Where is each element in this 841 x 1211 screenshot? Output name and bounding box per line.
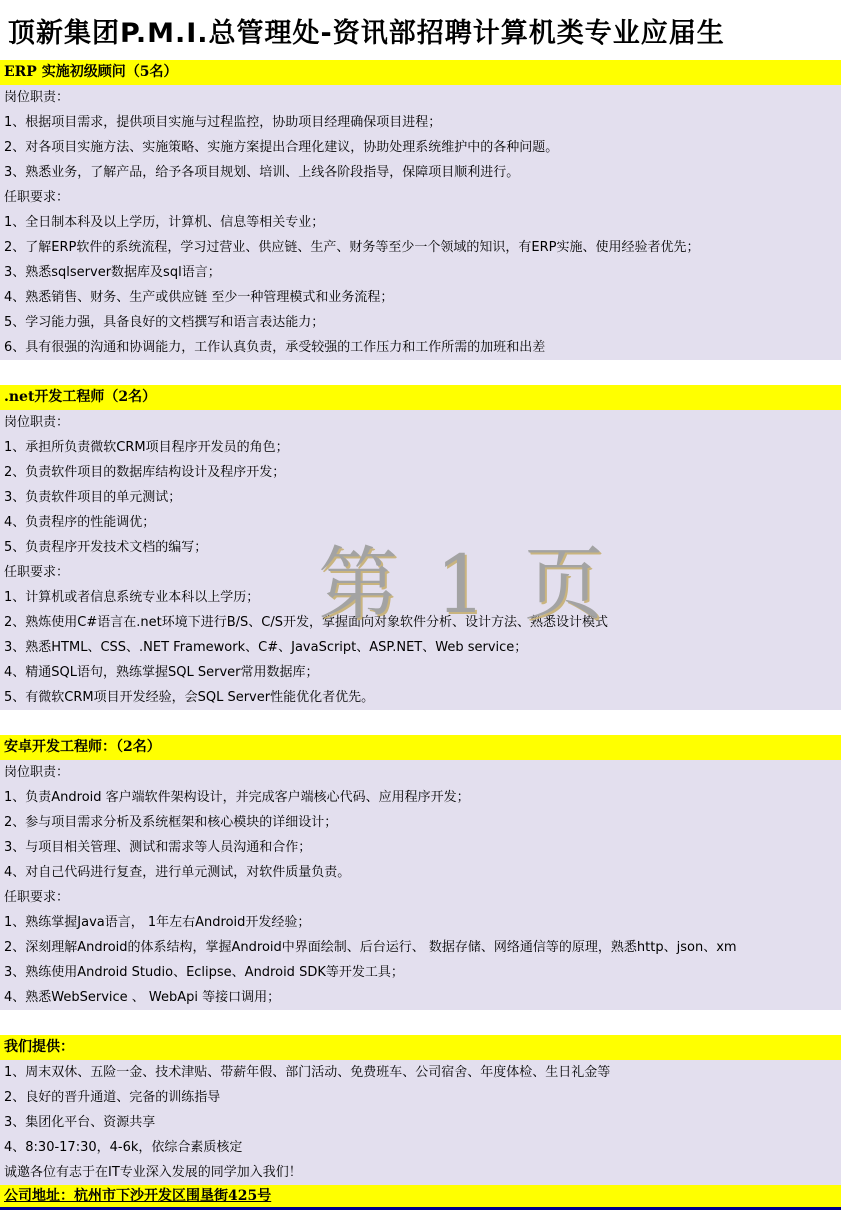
list-item: 2、对各项目实施方法、实施策略、实施方案提出合理化建议，协助处理系统维护中的各种… (0, 135, 841, 160)
list-item: 3、熟练使用Android Studio、Eclipse、Android SDK… (0, 960, 841, 985)
list-item: 5、有微软CRM项目开发经验，会SQL Server性能优化者优先。 (0, 685, 841, 710)
list-item: 1、负责Android 客户端软件架构设计，并完成客户端核心代码、应用程序开发； (0, 785, 841, 810)
list-item: 6、具有很强的沟通和协调能力，工作认真负责，承受较强的工作压力和工作所需的加班和… (0, 335, 841, 360)
list-item: 诚邀各位有志于在IT专业深入发展的同学加入我们！ (0, 1160, 841, 1185)
list-item: 2、良好的晋升通道、完备的训练指导 (0, 1085, 841, 1110)
section-android-developer: 安卓开发工程师：（2名） 岗位职责： 1、负责Android 客户端软件架构设计… (0, 735, 841, 1010)
list-item: 岗位职责： (0, 85, 841, 110)
list-item: 5、负责程序开发技术文档的编写； (0, 535, 841, 560)
list-item: 2、负责软件项目的数据库结构设计及程序开发； (0, 460, 841, 485)
list-item: 5、学习能力强，具备良好的文档撰写和语言表达能力； (0, 310, 841, 335)
list-item: 2、深刻理解Android的体系结构，掌握Android中界面绘制、后台运行、 … (0, 935, 841, 960)
section-benefits: 我们提供： 1、周末双休、五险一金、技术津贴、带薪年假、部门活动、免费班车、公司… (0, 1035, 841, 1210)
list-item: 2、参与项目需求分析及系统框架和核心模块的详细设计； (0, 810, 841, 835)
section-heading: 我们提供： (0, 1035, 841, 1060)
list-item: 2、了解ERP软件的系统流程，学习过营业、供应链、生产、财务等至少一个领域的知识… (0, 235, 841, 260)
list-item: 1、熟练掌握Java语言， 1年左右Android开发经验； (0, 910, 841, 935)
list-item: 任职要求： (0, 185, 841, 210)
company-address: 公司地址：杭州市下沙开发区围垦街425号 (0, 1185, 841, 1210)
page-title: 顶新集团P.M.I.总管理处-资讯部招聘计算机类专业应届生 (8, 14, 725, 54)
list-item: 4、熟悉WebService 、 WebApi 等接口调用； (0, 985, 841, 1010)
list-item: 3、与项目相关管理、测试和需求等人员沟通和合作； (0, 835, 841, 860)
section-heading: ERP 实施初级顾问（5名） (0, 60, 841, 85)
list-item: 岗位职责： (0, 760, 841, 785)
list-item: 4、负责程序的性能调优； (0, 510, 841, 535)
list-item: 1、根据项目需求，提供项目实施与过程监控，协助项目经理确保项目进程； (0, 110, 841, 135)
section-erp-consultant: ERP 实施初级顾问（5名） 岗位职责： 1、根据项目需求，提供项目实施与过程监… (0, 60, 841, 360)
list-item: 4、8:30-17:30，4-6k，依综合素质核定 (0, 1135, 841, 1160)
list-item: 4、熟悉销售、财务、生产或供应链 至少一种管理模式和业务流程； (0, 285, 841, 310)
list-item: 4、对自己代码进行复查，进行单元测试，对软件质量负责。 (0, 860, 841, 885)
list-item: 1、计算机或者信息系统专业本科以上学历； (0, 585, 841, 610)
section-dotnet-developer: .net开发工程师（2名） 岗位职责： 1、承担所负责微软CRM项目程序开发员的… (0, 385, 841, 710)
list-item: 3、集团化平台、资源共享 (0, 1110, 841, 1135)
section-heading: .net开发工程师（2名） (0, 385, 841, 410)
list-item: 任职要求： (0, 560, 841, 585)
list-item: 岗位职责： (0, 410, 841, 435)
list-item: 任职要求： (0, 885, 841, 910)
list-item: 3、熟悉HTML、CSS、.NET Framework、C#、JavaScrip… (0, 635, 841, 660)
list-item: 1、承担所负责微软CRM项目程序开发员的角色； (0, 435, 841, 460)
section-heading: 安卓开发工程师：（2名） (0, 735, 841, 760)
list-item: 2、熟炼使用C#语言在.net环境下进行B/S、C/S开发，掌握面向对象软件分析… (0, 610, 841, 635)
list-item: 1、周末双休、五险一金、技术津贴、带薪年假、部门活动、免费班车、公司宿舍、年度体… (0, 1060, 841, 1085)
list-item: 4、精通SQL语句，熟练掌握SQL Server常用数据库； (0, 660, 841, 685)
list-item: 3、负责软件项目的单元测试； (0, 485, 841, 510)
list-item: 1、全日制本科及以上学历，计算机、信息等相关专业； (0, 210, 841, 235)
list-item: 3、熟悉sqlserver数据库及sql语言； (0, 260, 841, 285)
list-item: 3、熟悉业务，了解产品，给予各项目规划、培训、上线各阶段指导，保障项目顺利进行。 (0, 160, 841, 185)
